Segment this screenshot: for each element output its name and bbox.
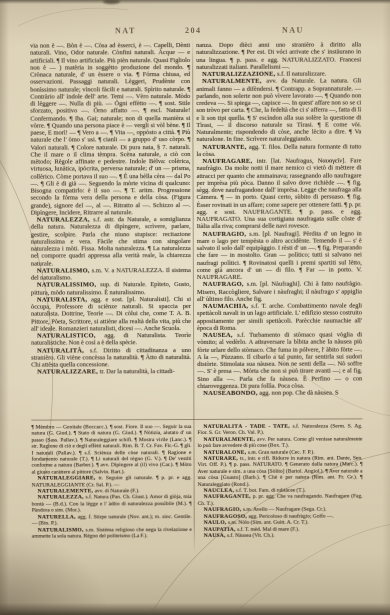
entry-headword: NATURARE,	[204, 456, 240, 462]
footnote-separator-rule	[31, 418, 362, 420]
entry-headword: NAUFRAGO,	[203, 281, 247, 288]
entry-headword: NATURALMENTE,	[203, 437, 257, 443]
entry-headword: NATURALITÀ - TADE - TATE,	[203, 424, 292, 430]
entry-headword: NATURALISMO,	[38, 527, 86, 533]
entry-headword: NATURALEZZA,	[37, 216, 94, 223]
dictionary-entry: NATURALISMO, s.m. V. a NATURALEZZA. Il s…	[31, 267, 191, 282]
entry-headword: NAUFRAGOSO,	[204, 514, 249, 520]
dictionary-entry: ¶ Mèmbro — Genitale (Boccacc.). ¶ sost. …	[31, 424, 191, 476]
dictionary-entry: NAUFRAGANTE, p. pr. agg. Che va naufraga…	[198, 494, 363, 507]
header-page-number: 204	[185, 26, 202, 35]
dictionary-entry: NATURALEZZA, s.f. astr. da Naturale, a s…	[31, 216, 191, 267]
dictionary-entry: NAUMACHIA, s.f. T. arche. Combattimento …	[197, 302, 362, 332]
dictionary-entry: NATURALEZZA, s.f. Natura (Pan. Ch. Giust…	[32, 494, 192, 514]
main-right-column: nanza. Dopo dièci anni uno stranièro à d…	[196, 41, 362, 418]
entry-headword: NAUSEABONDO,	[203, 390, 259, 397]
dictionary-entry: NATURALITÀ, s.f. Diritto di cittadinanza…	[31, 347, 191, 369]
entry-headword: NATURALIZZARE,	[37, 369, 99, 376]
dictionary-entry: NAUFRAGARE, intr. [lat. Naufragus, Ναυαγ…	[196, 157, 361, 230]
header-guide-word-left: NAT	[115, 26, 136, 35]
header-guide-word-right: NAU	[282, 26, 304, 35]
dictionary-entry: NATURALISSIMO, sup. di Naturale. Epìteto…	[31, 281, 191, 296]
dictionary-entry: NAUSEABONDO, agg. non pop. Che dà nàusea…	[197, 389, 362, 397]
entry-headword: NATURELLA,	[38, 514, 78, 520]
dictionary-entry: NATURALMENTE, avv. Per natura. Come gli …	[197, 436, 362, 449]
entry-headword: NAUFRAGIO,	[203, 230, 249, 237]
dictionary-entry: NATURELLA, agg. f. Stirpe naturale (Nov.…	[32, 514, 192, 527]
entry-headword: NATURALISTA,	[37, 296, 91, 303]
entry-headword: NATURALIZZAZIONE,	[202, 71, 277, 78]
entry-headword: NATURALONE,	[203, 449, 247, 455]
entry-headword: NAUSA,	[204, 533, 227, 539]
entry-headword: NAULO,	[204, 520, 228, 526]
entry-headword: NATURALEGGIARE,	[38, 476, 99, 482]
entry-headword: NATURALISMO,	[37, 267, 92, 274]
entry-headword: NAUPATIA,	[204, 526, 237, 532]
dictionary-entry: NAUSEA, s.f. Turbamento di stòmaco quasi…	[197, 331, 362, 390]
dictionary-entry: NATURALIZZARE, tr. Dar la naturalità, la…	[31, 368, 191, 376]
dictionary-entry: NATURALMENTE, avv. da Naturale. La natur…	[196, 78, 361, 144]
dictionary-entry: NATURALISMO, s.m. Sistèma religioso che …	[32, 527, 192, 540]
main-left-column: via non è —. Bòn è —. Còsa ad èsserci, è…	[30, 42, 191, 419]
dictionary-entry: NATURANTE, agg. T. filos. Della natura f…	[196, 143, 361, 158]
dictionary-entry: NATURARE, tr., intr. e rifl. Ridurre in …	[198, 455, 363, 488]
page-content: NAT 204 NAU via non è —. Bòn è —. Còsa a…	[0, 0, 390, 615]
dictionary-entry: NATURALISTA, agg. e sost. [pl. Naturalis…	[31, 296, 191, 333]
entry-headword: NATURALEZZA,	[38, 495, 86, 501]
entry-headword: NATURALITÀ,	[37, 347, 90, 354]
dictionary-entry: via non è —. Bòn è —. Còsa ad èsserci, è…	[30, 42, 191, 217]
dictionary-entry: NAUFRAGIO, s.m. [pl. Naufragi]. Pèrdita …	[197, 230, 362, 281]
entry-headword: NATURALISSIMO,	[37, 282, 100, 289]
dictionary-entry: nanza. Dopo dièci anni uno stranièro à d…	[196, 41, 361, 71]
entry-headword: NATURALISTICO,	[37, 332, 104, 339]
entry-headword: NAUSEA,	[203, 332, 237, 339]
entry-headword: NAUFRAGANTE,	[204, 494, 253, 500]
entry-headword: NAUFRAGIO,	[204, 507, 243, 513]
scanned-dictionary-page: NAT 204 NAU via non è —. Bòn è —. Còsa a…	[0, 0, 390, 615]
dictionary-entry: NATURALITÀ - TADE - TATE, s.f. Naturalez…	[197, 423, 362, 436]
entry-headword: NAUFRAGARE,	[202, 158, 256, 165]
entry-headword: NAUMACHIA,	[203, 303, 251, 310]
column-divider-rule	[192, 40, 195, 554]
dictionary-entry: NATURALISTICO, agg. di Naturalista. Teor…	[31, 332, 191, 347]
dictionary-entry: NAUSA, s.f. Nàusea (Vit. Ch.).	[198, 532, 363, 539]
footnote-left-column: ¶ Mèmbro — Genitale (Boccacc.). ¶ sost. …	[31, 424, 191, 556]
entry-headword: NATURANTE,	[202, 143, 248, 150]
footnote-right-column: NATURALITÀ - TADE - TATE, s.f. Naturalez…	[197, 423, 362, 555]
dictionary-entry: NAUFRAGO, s.m. [pl. Nàufraghi]. Chi à fa…	[197, 281, 362, 303]
dictionary-entry: NATURALEGGIARE, tr. Seguire gli naturale…	[32, 475, 192, 488]
entry-headword: NATURALMENTE,	[202, 78, 266, 85]
